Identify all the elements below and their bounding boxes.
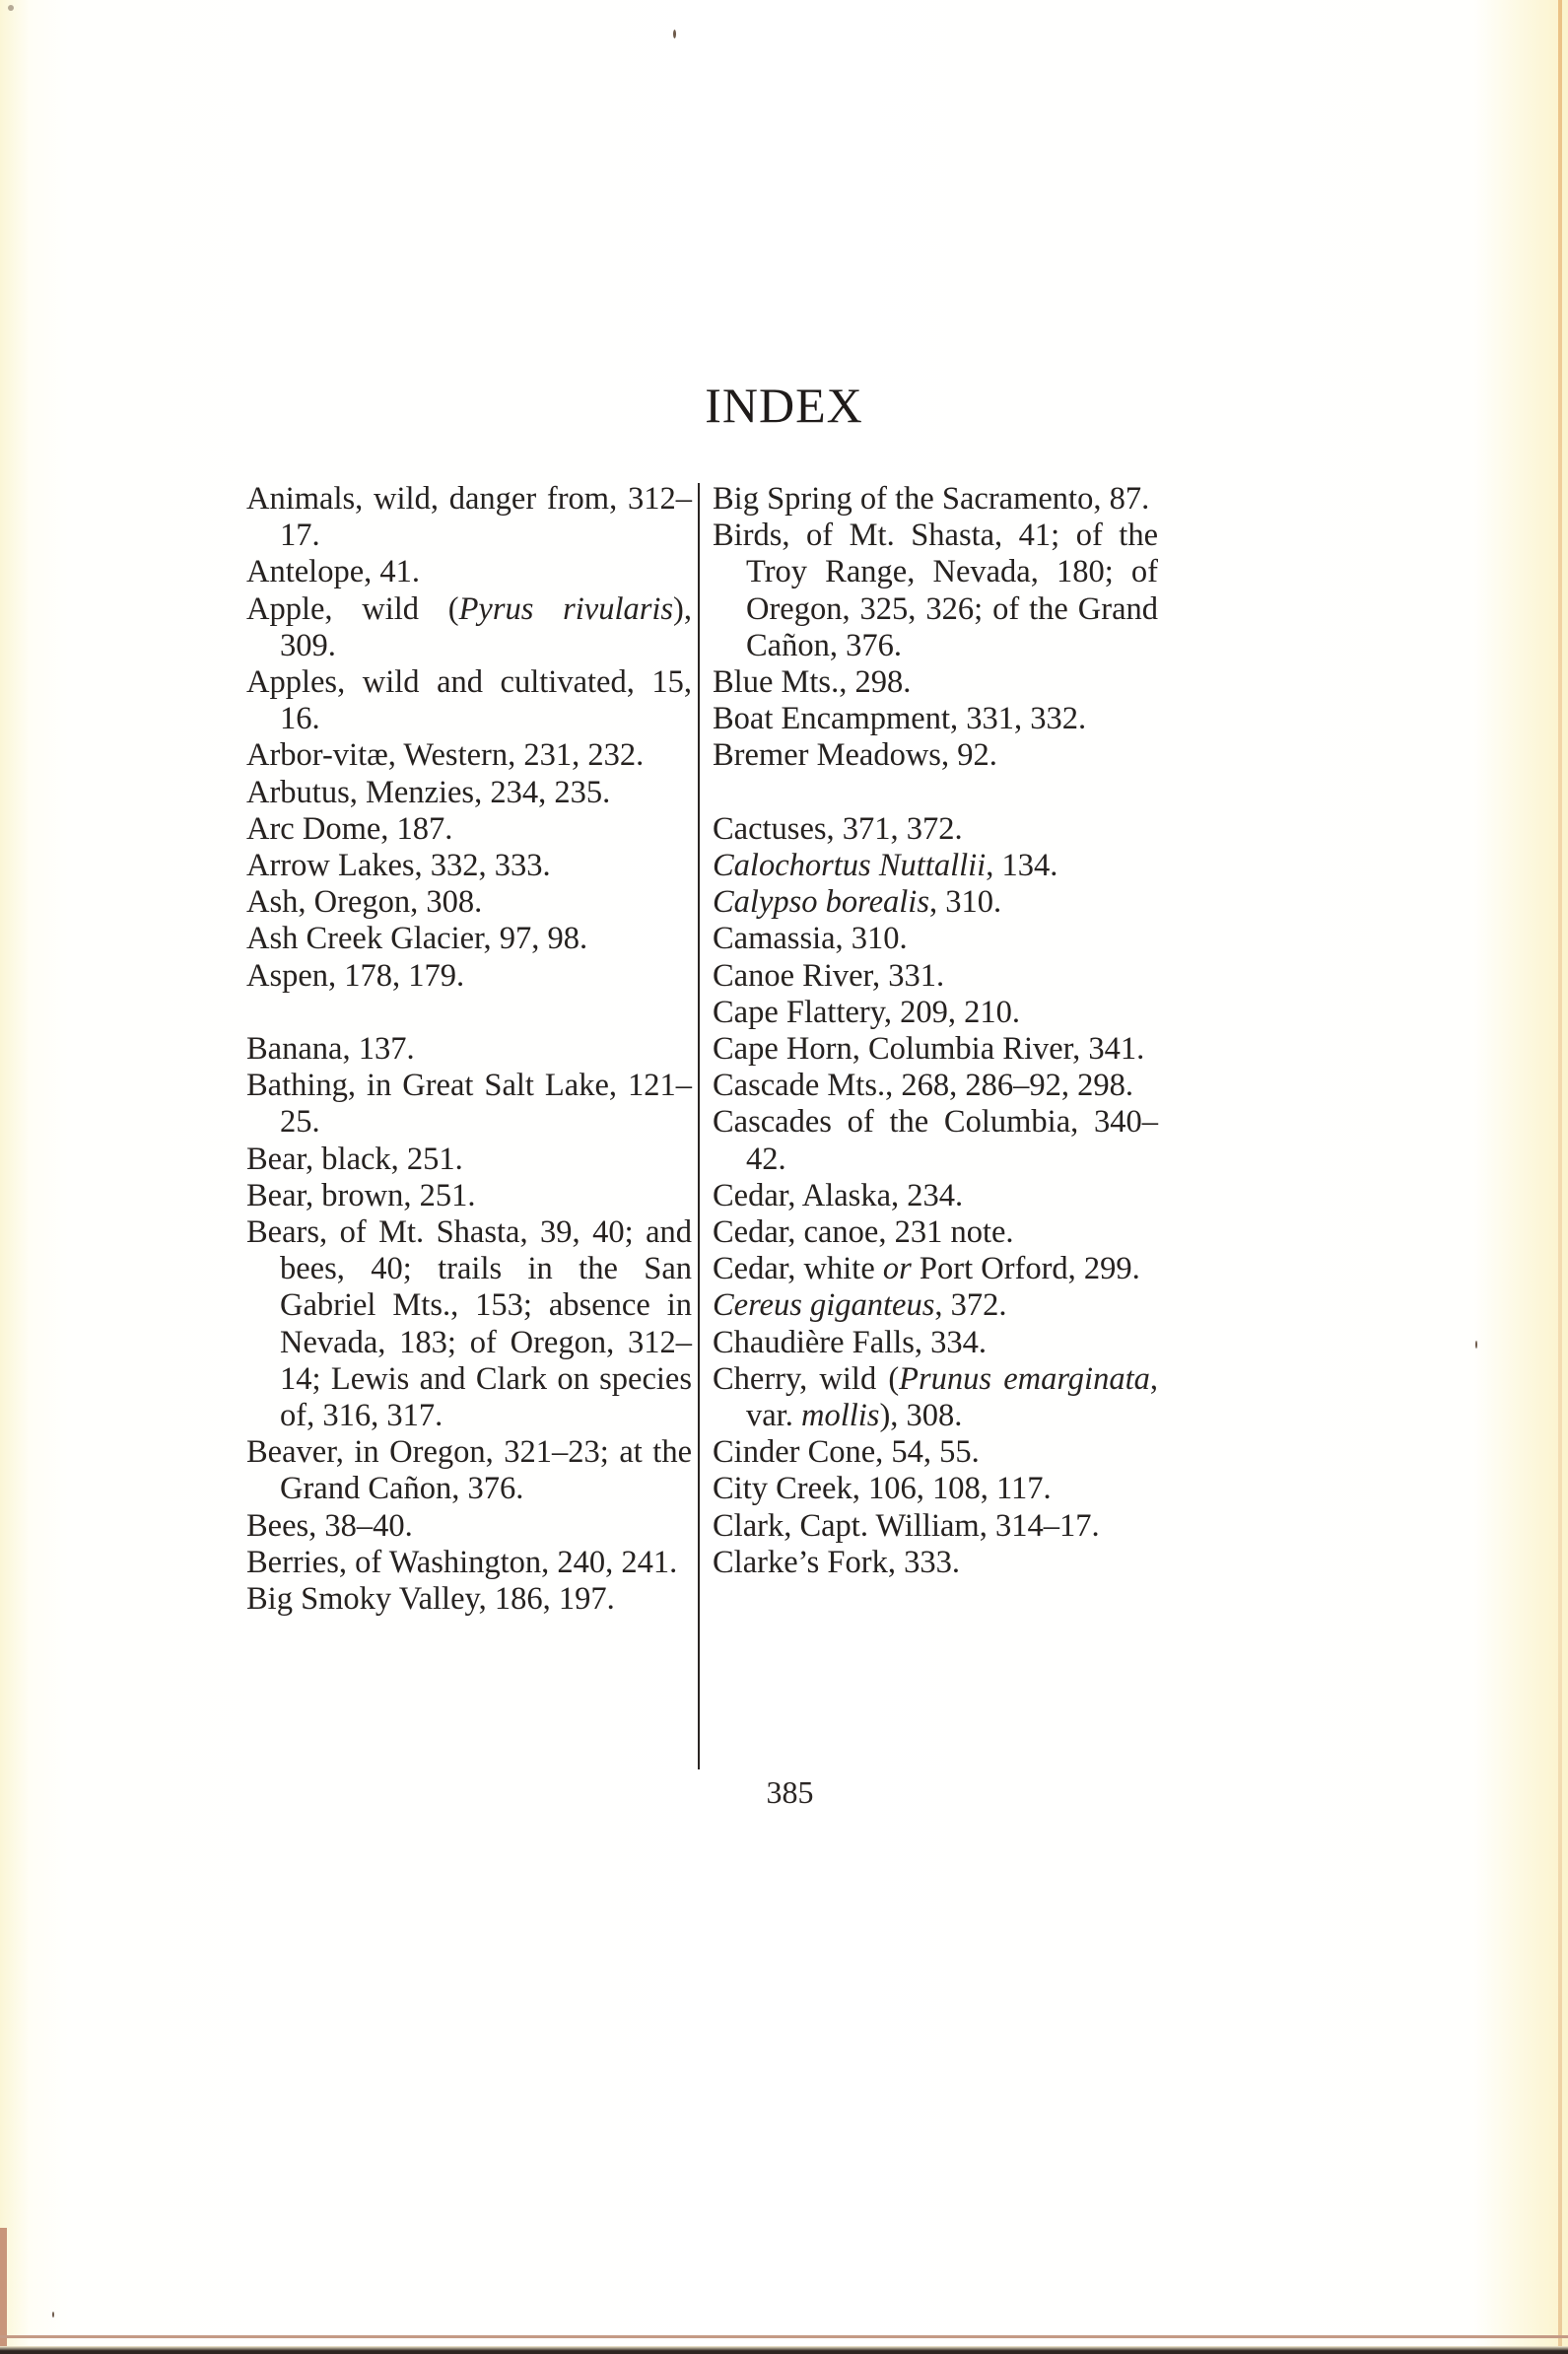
letter-section-gap [713, 775, 1158, 811]
page-edge-right [1558, 0, 1562, 2354]
index-entry: Berries, of Washington, 240, 241. [246, 1545, 692, 1581]
index-entry: Chaudière Falls, 334. [713, 1325, 1158, 1361]
column-divider [698, 483, 700, 1769]
index-entry-italic-text: Pyrus rivularis [459, 591, 673, 627]
index-entry-text: , 134. [986, 848, 1057, 883]
page-edge-shadow [0, 2346, 1568, 2354]
index-entry-italic-text: mollis [801, 1398, 879, 1433]
index-entry: Bears, of Mt. Shasta, 39, 40; and bees, … [246, 1214, 692, 1434]
index-entry: Ash Creek Glacier, 97, 98. [246, 921, 692, 957]
index-entry: Clark, Capt. William, 314–17. [713, 1508, 1158, 1545]
index-entry: Cedar, Alaska, 234. [713, 1178, 1158, 1214]
index-entry: Calypso borealis, 310. [713, 884, 1158, 921]
index-entry-italic-text: Prunus emargi­nata [899, 1361, 1150, 1397]
index-entry: Aspen, 178, 179. [246, 958, 692, 995]
index-entry: Cascades of the Columbia, 340–42. [713, 1104, 1158, 1177]
page-edge-bottom [0, 2335, 1568, 2338]
index-entry-italic-text: Cereus giganteus [713, 1287, 934, 1323]
index-entry-italic-text: or [883, 1251, 912, 1286]
index-entry: Cactuses, 371, 372. [713, 811, 1158, 848]
index-entry: Cape Flattery, 209, 210. [713, 995, 1158, 1031]
index-entry: Cascade Mts., 268, 286–92, 298. [713, 1068, 1158, 1104]
index-entry: Cinder Cone, 54, 55. [713, 1434, 1158, 1471]
index-entry-text: , 372. [934, 1287, 1006, 1323]
index-entry: Bremer Meadows, 92. [713, 737, 1158, 774]
index-entry: Cedar, white or Port Orford, 299. [713, 1251, 1158, 1287]
index-entry: Bear, black, 251. [246, 1142, 692, 1178]
index-entry: Cereus giganteus, 372. [713, 1287, 1158, 1324]
scan-speck [673, 30, 676, 38]
index-entry-italic-text: Calypso borealis [713, 884, 929, 920]
index-entry: Animals, wild, danger from, 312–17. [246, 481, 692, 554]
scan-speck [1475, 1341, 1477, 1349]
index-entry: Cape Horn, Columbia River, 341. [713, 1031, 1158, 1068]
page-title: INDEX [0, 377, 1568, 434]
page-number: 385 [0, 1774, 1568, 1811]
index-entry: Boat Encampment, 331, 332. [713, 701, 1158, 737]
index-entry: Bathing, in Great Salt Lake, 121–25. [246, 1068, 692, 1141]
index-entry: Apple, wild (Pyrus rivularis), 309. [246, 591, 692, 664]
index-entry: Calochortus Nuttallii, 134. [713, 848, 1158, 884]
index-entry: Big Smoky Valley, 186, 197. [246, 1581, 692, 1618]
index-entry-text: ), 308. [879, 1398, 962, 1433]
index-entry-text: Apple, wild ( [246, 591, 459, 627]
index-entry: Birds, of Mt. Shasta, 41; of the Troy Ra… [713, 518, 1158, 664]
index-entry: Arc Dome, 187. [246, 811, 692, 848]
index-entry-text: Port Orford, 299. [912, 1251, 1140, 1286]
index-column-right: Big Spring of the Sacramento, 87.Birds, … [713, 481, 1158, 1581]
index-entry: Beaver, in Oregon, 321–23; at the Grand … [246, 1434, 692, 1507]
index-entry: Arbor-vitæ, Western, 231, 232. [246, 737, 692, 774]
index-entry: Ash, Oregon, 308. [246, 884, 692, 921]
index-entry: City Creek, 106, 108, 117. [713, 1471, 1158, 1507]
index-entry: Camassia, 310. [713, 921, 1158, 957]
index-entry-text: , 310. [929, 884, 1001, 920]
index-entry: Apples, wild and cultivated, 15, 16. [246, 664, 692, 737]
index-entry: Cedar, canoe, 231 note. [713, 1214, 1158, 1251]
index-entry: Cherry, wild (Prunus emargi­nata, var. m… [713, 1361, 1158, 1434]
index-entry: Arbutus, Menzies, 234, 235. [246, 775, 692, 811]
index-entry-text: Cedar, white [713, 1251, 883, 1286]
scan-speck [8, 5, 14, 11]
index-entry: Antelope, 41. [246, 554, 692, 590]
scan-speck [52, 2312, 54, 2318]
index-entry: Bear, brown, 251. [246, 1178, 692, 1214]
index-column-left: Animals, wild, danger from, 312–17.Antel… [246, 481, 692, 1618]
book-page: INDEX Animals, wild, danger from, 312–17… [0, 0, 1568, 2354]
index-entry: Blue Mts., 298. [713, 664, 1158, 701]
index-entry: Clarke’s Fork, 333. [713, 1545, 1158, 1581]
index-entry: Arrow Lakes, 332, 333. [246, 848, 692, 884]
index-entry: Big Spring of the Sacramento, 87. [713, 481, 1158, 518]
index-entry: Canoe River, 331. [713, 958, 1158, 995]
index-entry-italic-text: Calochortus Nuttallii [713, 848, 986, 883]
index-entry: Banana, 137. [246, 1031, 692, 1068]
index-entry-text: Cherry, wild ( [713, 1361, 899, 1397]
letter-section-gap [246, 995, 692, 1031]
index-entry: Bees, 38–40. [246, 1508, 692, 1545]
